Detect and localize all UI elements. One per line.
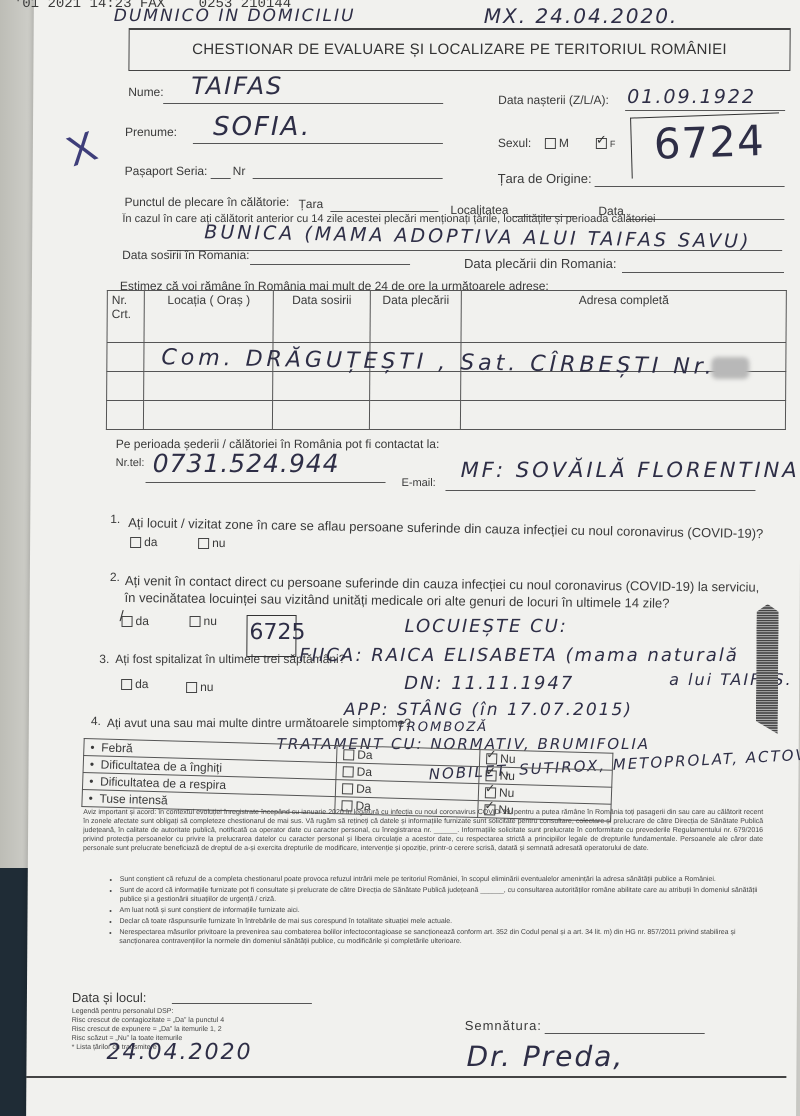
tel-line xyxy=(146,482,386,483)
checkbox-da[interactable] xyxy=(343,750,354,761)
stamp-box-6724: 6724 xyxy=(630,112,781,178)
legend-line: Risc crescut de expunere = „Da” la itemu… xyxy=(72,1025,272,1034)
nume-label: Nume: xyxy=(128,85,163,99)
question-3-number: 3. xyxy=(99,652,109,666)
nume-field[interactable]: TAIFAS xyxy=(191,72,283,100)
checkbox-q3-nu[interactable] xyxy=(186,682,197,693)
q2-option-da[interactable]: /da xyxy=(122,614,149,628)
cross-mark-icon: / xyxy=(120,608,124,625)
table-row[interactable] xyxy=(106,401,785,430)
sex-option-m[interactable]: M xyxy=(545,136,569,150)
data-nasterii-label: Data nașterii (Z/L/A): xyxy=(498,93,609,107)
note-locuieste: LOCUIEȘTE CU: xyxy=(404,616,568,637)
header-adresa: Adresa completă xyxy=(461,291,786,343)
data-sosirii-label: Data sosirii în Romania: xyxy=(122,248,249,262)
email-line xyxy=(445,490,755,491)
sexul-label: Sexul: xyxy=(498,136,531,150)
legend-line: Legendă pentru personalul DSP: xyxy=(72,1007,272,1016)
email-field[interactable]: MF: SOVĂILĂ FLORENTINA xyxy=(461,458,800,482)
tel-label: Nr.tel: xyxy=(116,457,145,469)
sex-m-label: M xyxy=(559,136,569,150)
tara-label: Țara xyxy=(298,197,323,211)
legal-bullet: Sunt conștient că refuzul de a completa … xyxy=(120,875,770,884)
top-note-date: MX. 24.04.2020. xyxy=(484,4,679,28)
checkbox-q1-da[interactable] xyxy=(130,537,141,548)
q2-nu-label: nu xyxy=(204,614,217,628)
signature: Dr. Preda, xyxy=(466,1040,624,1073)
sex-option-f[interactable]: ✓F xyxy=(596,136,616,150)
header-locatia: Locația ( Oraș ) xyxy=(144,291,273,343)
pasaport-nr-line[interactable] xyxy=(253,178,443,179)
checkmark-icon: ✓ xyxy=(485,782,496,796)
stamp-box-6725: 6725 xyxy=(246,615,296,657)
data-plecarii-label: Data plecării din Romania: xyxy=(464,256,617,271)
stamp-number: 6724 xyxy=(653,116,765,169)
pasaport-nr-label: Nr xyxy=(233,164,246,178)
checkbox-f-checked[interactable]: ✓ xyxy=(596,138,607,149)
pasaport-seria-line[interactable] xyxy=(211,178,231,179)
checkbox-da[interactable] xyxy=(342,784,353,795)
data-locul-line[interactable] xyxy=(172,1003,312,1004)
header-data-sosirii: Data sosirii xyxy=(273,291,370,343)
page-title: CHESTIONAR DE EVALUARE ȘI LOCALIZARE PE … xyxy=(129,30,789,70)
tara-origine-label: Țara de Origine: xyxy=(498,171,592,186)
prenume-line xyxy=(193,143,443,144)
questionnaire-page: '01 2021 14:23 FAX 0253 210144 DUMNICO I… xyxy=(26,0,800,1116)
legal-bullet: Declar că toate răspunsurile furnizate î… xyxy=(119,917,769,926)
checkbox-q1-nu[interactable] xyxy=(198,538,209,549)
checkbox-q2-da-checked[interactable]: / xyxy=(122,616,133,627)
data-locul-label: Data și locul: xyxy=(72,990,147,1005)
q3-nu-label: nu xyxy=(200,680,213,694)
legal-bullet: Sunt de acord că informațiile furnizate … xyxy=(120,886,770,904)
q2-option-nu[interactable]: nu xyxy=(190,614,217,628)
prenume-label: Prenume: xyxy=(125,125,177,139)
legal-bullets: Sunt conștient că refuzul de a completa … xyxy=(105,875,770,948)
legal-bullet: Am luat notă și sunt conștient de inform… xyxy=(120,906,770,915)
header-data-plecarii: Data plecării xyxy=(370,291,461,343)
punct-plecare-label: Punctul de plecare în călătorie: xyxy=(124,195,289,209)
checkbox-q3-da[interactable] xyxy=(121,679,132,690)
checkbox-nu-checked[interactable]: ✓ xyxy=(485,771,496,782)
data-locul-field[interactable]: 24.04.2020 xyxy=(106,1040,252,1065)
checkmark-icon: ✓ xyxy=(486,748,497,762)
top-note-left: DUMNICO IN DOMICILIU xyxy=(114,6,356,26)
data-nasterii-line xyxy=(625,110,785,111)
barcode-strip xyxy=(756,604,779,734)
nume-line xyxy=(163,103,443,104)
q1-option-nu[interactable]: nu xyxy=(198,536,225,550)
stamp-number-6725: 6725 xyxy=(249,620,305,645)
note-dn: DN: 11.11.1947 xyxy=(404,673,574,694)
checkmark-icon: ✓ xyxy=(596,132,607,148)
legal-bullet: Nerespectarea măsurilor privitoare la pr… xyxy=(119,928,769,946)
prenume-field[interactable]: SOFIA. xyxy=(213,112,311,142)
q3-option-nu[interactable]: nu xyxy=(186,680,213,694)
data-plecarii-line[interactable] xyxy=(622,272,784,273)
tara-line[interactable] xyxy=(330,211,438,212)
q3-option-da[interactable]: da xyxy=(121,677,148,691)
note-fiica: FIICA: RAICA ELISABETA (mama naturală xyxy=(299,645,739,666)
checkmark-icon: ✓ xyxy=(485,765,496,779)
email-label: E-mail: xyxy=(401,477,435,489)
sex-f-label: F xyxy=(610,139,616,149)
tel-field[interactable]: 0731.524.944 xyxy=(153,449,340,478)
checkbox-nu-checked[interactable]: ✓ xyxy=(486,754,497,765)
question-4-text: Ați avut una sau mai multe dintre următo… xyxy=(107,716,411,730)
question-4-number: 4. xyxy=(91,714,101,728)
data-sosirii-line[interactable] xyxy=(250,264,410,265)
semnatura-label: Semnătura: xyxy=(465,1018,542,1033)
header-nr: Nr. Crt. xyxy=(107,291,144,343)
checkbox-m[interactable] xyxy=(545,138,556,149)
q3-da-label: da xyxy=(135,677,148,691)
legend-line: Risc crescut de contagiozitate = „Da” la… xyxy=(72,1016,272,1025)
q2-da-label: da xyxy=(136,614,149,628)
data-nasterii-field[interactable]: 01.09.1922 xyxy=(627,86,756,108)
bottom-rule xyxy=(26,1076,786,1078)
checkbox-q2-nu[interactable] xyxy=(190,616,201,627)
tara-origine-line[interactable] xyxy=(595,186,785,187)
question-1-number: 1. xyxy=(110,512,120,526)
title-box: CHESTIONAR DE EVALUARE ȘI LOCALIZARE PE … xyxy=(128,28,790,71)
q1-da-label: da xyxy=(144,535,157,549)
q1-option-da[interactable]: da xyxy=(130,535,157,549)
question-2-number: 2. xyxy=(110,570,120,584)
semnatura-line[interactable] xyxy=(545,1033,705,1034)
q1-nu-label: nu xyxy=(212,536,225,550)
checkbox-da[interactable] xyxy=(342,767,353,778)
checkbox-nu-checked[interactable]: ✓ xyxy=(485,788,496,799)
anterior-field[interactable]: BUNICA (MAMA ADOPTIVA ALUI TAIFAS SAVU) xyxy=(204,221,752,253)
pasaport-label: Pașaport Seria: xyxy=(125,164,208,178)
question-2-text: Ați venit în contact direct cu persoane … xyxy=(124,572,765,613)
margin-x-mark: X xyxy=(61,122,102,176)
redacted-house-number xyxy=(711,357,749,379)
legal-paragraph: Aviz important și acord: în contextul ev… xyxy=(83,808,763,853)
